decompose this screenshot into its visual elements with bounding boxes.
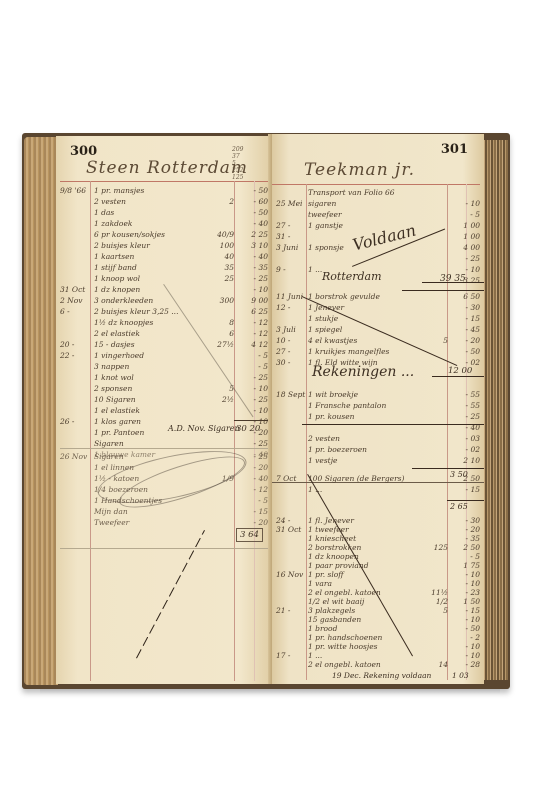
ledger-cell-amt: - 5 [450, 210, 480, 219]
ledger-cell-date: 22 - [60, 351, 92, 360]
total-rule [402, 290, 484, 291]
ledger-cell-amt: - 40 [238, 219, 268, 228]
ledger-cell-date: 31 - [276, 232, 308, 241]
ledger-cell-desc: 1 zakdoek [94, 219, 234, 228]
ledger-cell-qty: 40 [206, 252, 234, 261]
ledger-cell-desc: 1 ... [308, 651, 448, 660]
ledger-cell-qty: 300 [206, 296, 234, 305]
table-row: 1½ dz knoopjes8- 12 [56, 318, 272, 329]
table-row: 1 Fransche pantalon- 55 [272, 401, 484, 412]
ledger-cell-desc: 1 fl. Jenever [308, 516, 448, 525]
ledger-cell-amt: - 02 [450, 445, 480, 454]
ledger-cell-amt: 4 12 [238, 340, 268, 349]
ledger-cell-desc: 1 el elastiek [94, 406, 234, 415]
subtotal-amount: 30 20 [236, 424, 260, 434]
ledger-cell-desc: Mijn dan [94, 507, 234, 516]
ledger-cell-qty: 5 [420, 606, 448, 615]
table-row: Transport van Folio 66 [272, 188, 484, 199]
table-row: 1 das- 50 [56, 208, 272, 219]
table-row: 2 el ongebl. katoen14- 28 [272, 660, 484, 671]
table-row: 2 vesten- 03 [272, 434, 484, 445]
ledger-cell-amt: - 55 [450, 390, 480, 399]
ledger-cell-amt: - 20 [450, 525, 480, 534]
ledger-cell-date: 6 - [60, 307, 92, 316]
ledger-cell-qty: 8 [206, 318, 234, 327]
account-heading: Teekman jr. [304, 160, 415, 180]
ledger-cell-desc: 1 dz knoopen [308, 552, 448, 561]
ledger-cell-amt: - 12 [238, 485, 268, 494]
ledger-cell-amt: 6 25 [238, 307, 268, 316]
ledger-cell-desc: 1 knot wol [94, 373, 234, 382]
subtotal-rule [234, 420, 272, 421]
table-row: 1 knot wol- 25 [56, 373, 272, 384]
ledger-cell-date: 10 - [276, 336, 308, 345]
table-row: 2 buisjes kleur1003 10 [56, 241, 272, 252]
ledger-cell-desc: 1 vestje [308, 456, 448, 465]
ledger-cell-date: 31 Oct [276, 525, 308, 534]
table-row: 10 -4 el kwastjes5- 20 [272, 336, 484, 347]
ledger-cell-amt: - 40 [238, 252, 268, 261]
ledger-cell-date: 3 Juni [276, 243, 308, 252]
total-rule [412, 468, 484, 469]
ledger-cell-desc: Transport van Folio 66 [308, 188, 448, 197]
table-row: 1 kaartsen40- 40 [56, 252, 272, 263]
ledger-cell-amt: - 10 [238, 285, 268, 294]
ledger-cell-amt: - 10 [238, 406, 268, 415]
table-row: 2 vesten2- 60 [56, 197, 272, 208]
ledger-cell-qty: 6 [206, 329, 234, 338]
table-row: 25 Meisigaren- 10 [272, 199, 484, 210]
table-row: 1 vestje2 10 [272, 456, 484, 467]
total-rule [447, 500, 484, 501]
ledger-cell-amt: 1 00 [450, 232, 480, 241]
table-row: 6 -2 buisjes kleur 3,25 ...6 25 [56, 307, 272, 318]
ledger-cell-amt: - 15 [450, 314, 480, 323]
ledger-cell-amt: - 15 [238, 507, 268, 516]
ledger-cell-amt: - 50 [450, 347, 480, 356]
ledger-cell-amt: - 30 [450, 303, 480, 312]
table-row: 7 Oct100 Sigaren (de Bergers)2 50 [272, 474, 484, 485]
ledger-cell-amt: - 5 [450, 552, 480, 561]
ledger-cell-date: 18 Sept [276, 390, 308, 399]
subtotal-label: A.D. Nov. Sigaren [168, 424, 240, 433]
strike-rule [302, 424, 484, 425]
ledger-cell-amt: - 35 [238, 263, 268, 272]
ledger-cell-qty: 5 [206, 384, 234, 393]
ledger-cell-amt: - 50 [238, 186, 268, 195]
table-row: 2 Nov3 onderkleeden3009 00 [56, 296, 272, 307]
ledger-cell-amt: - 5 [238, 496, 268, 505]
ledger-cell-amt: - 50 [450, 624, 480, 633]
ledger-cell-amt: 3 10 [238, 241, 268, 250]
page-block-right-edge [482, 140, 508, 680]
ledger-cell-amt: - 10 [450, 579, 480, 588]
ledger-cell-qty: 40/9 [206, 230, 234, 239]
table-row: tweefeer- 5 [272, 210, 484, 221]
ledger-cell-amt: - 2 [450, 633, 480, 642]
ledger-cell-desc: 1 borstrok gevulde [308, 292, 448, 301]
total-rule [432, 376, 484, 377]
block-total: 39 35 [440, 274, 466, 284]
ledger-cell-amt: - 20 [450, 336, 480, 345]
ledger-cell-desc: sigaren [308, 199, 448, 208]
ledger-cell-date: 25 Mei [276, 199, 308, 208]
ledger-cell-desc: 1 das [94, 208, 234, 217]
ledger-cell-desc: 1 brood [308, 624, 448, 633]
ledger-cell-date: 2 Nov [60, 296, 92, 305]
table-row: 1 stukje- 15 [272, 314, 484, 325]
ledger-cell-amt: 1 75 [450, 561, 480, 570]
ledger-cell-amt: - 28 [450, 660, 480, 669]
ledger-cell-date: 9 - [276, 265, 308, 274]
ledger-cell-amt: - 10 [450, 651, 480, 660]
page-number: 301 [441, 142, 468, 157]
ledger-cell-amt: - 10 [450, 615, 480, 624]
block-total: 12 00 [448, 366, 472, 376]
ledger-cell-date: 27 - [276, 221, 308, 230]
ledger-cell-amt: - 5 [238, 351, 268, 360]
ledger-cell-desc: 1 paar proviand [308, 561, 448, 570]
page-number: 300 [70, 144, 97, 159]
table-row: Mijn dan- 15 [56, 507, 272, 518]
ledger-cell-amt: - 25 [238, 439, 268, 448]
header-rule [272, 184, 480, 185]
account-heading: Steen Rotterdam [86, 158, 248, 178]
ledger-cell-desc: 1 pr. sloff [308, 570, 448, 579]
ledger-cell-amt: - 25 [238, 274, 268, 283]
footer-amount: 1 03 [452, 671, 469, 680]
ledger-cell-date: 20 - [60, 340, 92, 349]
table-row: 27 -1 kruikjes mangelfles- 50 [272, 347, 484, 358]
table-row: 2 sponsen5- 10 [56, 384, 272, 395]
table-row: 9/8 '661 pr. mansjes- 50 [56, 186, 272, 197]
ledger-cell-date: 9/8 '66 [60, 186, 92, 195]
ledger-cell-date: 17 - [276, 651, 308, 660]
ledger-cell-date: 21 - [276, 606, 308, 615]
ledger-cell-amt: - 23 [450, 588, 480, 597]
ledger-cell-desc: 1 pr. boezeroen [308, 445, 448, 454]
ledger-cell-amt: - 03 [450, 434, 480, 443]
ledger-cell-amt: - 40 [238, 474, 268, 483]
ledger-cell-desc: 1 wit broekje [308, 390, 448, 399]
ledger-cell-amt: - 35 [450, 534, 480, 543]
ledger-cell-desc: 1 pr. kousen [308, 412, 448, 421]
ledger-cell-date: 26 - [60, 417, 92, 426]
ledger-cell-desc: 2 buisjes kleur 3,25 ... [94, 307, 234, 316]
rekeningen-annotation: Rekeningen ... [312, 364, 414, 380]
ledger-cell-desc: 1 pr. handschoenen [308, 633, 448, 642]
ledger-cell-date: 12 - [276, 303, 308, 312]
ledger-cell-desc: 1 tweefeer [308, 525, 448, 534]
ledger-cell-amt: - 10 [238, 384, 268, 393]
ledger-cell-amt: - 30 [450, 516, 480, 525]
table-row: 3 nappen- 5 [56, 362, 272, 373]
ledger-cell-amt: 1 00 [450, 221, 480, 230]
ledger-cell-desc: Tweefeer [94, 518, 234, 527]
ledger-cell-qty: 35 [206, 263, 234, 272]
table-row: 1 pr. boezeroen- 02 [272, 445, 484, 456]
ledger-cell-amt: 4 00 [450, 243, 480, 252]
ledger-cell-amt: 2 25 [238, 230, 268, 239]
ledger-cell-amt: - 10 [450, 570, 480, 579]
ledger-cell-desc: 1 vara [308, 579, 448, 588]
ledger-cell-amt: - 25 [238, 373, 268, 382]
ledger-cell-amt: - 45 [450, 325, 480, 334]
ledger-left-page: 300 Steen Rotterdam 209 37 5 252 125 9/8… [56, 136, 272, 684]
ledger-cell-desc: 1 kniescheet [308, 534, 448, 543]
block-total: 3 64 [236, 528, 263, 542]
section-rule [60, 448, 272, 449]
ledger-cell-amt: - 12 [238, 318, 268, 327]
header-rule [60, 181, 272, 182]
ledger-cell-qty: 1/2 [420, 597, 448, 606]
block-total: 2 65 [450, 502, 468, 511]
ledger-cell-amt: - 55 [450, 401, 480, 410]
table-row: 22 -1 vingerhoed- 5 [56, 351, 272, 362]
ledger-cell-desc: 1 pr. mansjes [94, 186, 234, 195]
ledger-cell-desc: 15 gasbanden [308, 615, 448, 624]
ledger-cell-qty: 11½ [420, 588, 448, 597]
ledger-cell-date: 16 Nov [276, 570, 308, 579]
table-row: 18 Sept1 wit broekje- 55 [272, 390, 484, 401]
ledger-cell-desc: 1 ... [308, 485, 448, 494]
ledger-cell-qty: 27½ [206, 340, 234, 349]
ledger-cell-amt: 2 50 [450, 543, 480, 552]
ledger-cell-amt: - 12 [238, 329, 268, 338]
ledger-cell-qty: 25 [206, 274, 234, 283]
page-block-left-edge [24, 137, 58, 685]
ledger-cell-desc: 2 vesten [308, 434, 448, 443]
ledger-cell-desc: 1 pr. witte hoosjes [308, 642, 448, 651]
ledger-cell-desc: 3 nappen [94, 362, 234, 371]
ledger-cell-amt: - 10 [450, 642, 480, 651]
ledger-cell-amt: - 15 [450, 485, 480, 494]
margin-pencil-notes: 209 37 5 252 125 [232, 146, 243, 181]
ledger-cell-amt: - 50 [238, 208, 268, 217]
table-row: 1 ...- 15 [272, 485, 484, 496]
rotterdam-annotation: Rotterdam [322, 270, 382, 283]
table-row: 1 pr. kousen- 25 [272, 412, 484, 423]
ledger-right-page: 301 Teekman jr. Transport van Folio 66 2… [272, 134, 484, 684]
table-row: 2 el elastiek6- 12 [56, 329, 272, 340]
ledger-cell-amt: 2 50 [450, 474, 480, 483]
ledger-cell-desc: 1 Fransche pantalon [308, 401, 448, 410]
ledger-cell-qty: 2 [206, 197, 234, 206]
table-row: 20 -15 - dasjes27½4 12 [56, 340, 272, 351]
ledger-cell-qty: 125 [420, 543, 448, 552]
table-row: 12 -1 Jenever- 30 [272, 303, 484, 314]
ledger-cell-amt: 1 50 [450, 597, 480, 606]
ledger-cell-amt: - 10 [450, 265, 480, 274]
ledger-cell-qty: 100 [206, 241, 234, 250]
ledger-cell-desc: tweefeer [308, 210, 448, 219]
ledger-cell-amt: - 60 [238, 197, 268, 206]
section-rule [60, 548, 272, 549]
ledger-cell-date: 26 Nov [60, 452, 92, 461]
ledger-cell-desc: 1 stukje [308, 314, 448, 323]
ledger-cell-amt: - 20 [238, 518, 268, 527]
cancel-stroke [136, 530, 205, 658]
footer-note: 19 Dec. Rekening voldaan [332, 671, 431, 680]
table-row: 1 zakdoek- 40 [56, 219, 272, 230]
table-row: 1 stijf band35- 35 [56, 263, 272, 274]
ledger-cell-amt: - 25 [450, 254, 480, 263]
ledger-cell-amt: - 25 [450, 412, 480, 421]
ledger-cell-amt: - 5 [238, 362, 268, 371]
ledger-cell-date: 3 Juli [276, 325, 308, 334]
ledger-cell-amt: 2 10 [450, 456, 480, 465]
ledger-cell-amt: - 10 [450, 199, 480, 208]
table-row: 6 pr kousen/sokjes40/92 25 [56, 230, 272, 241]
ledger-cell-desc: 100 Sigaren (de Bergers) [308, 474, 448, 483]
ledger-cell-date: 7 Oct [276, 474, 308, 483]
ledger-cell-date: 24 - [276, 516, 308, 525]
ledger-cell-desc: Sigaren [94, 439, 234, 448]
table-row: 1 el elastiek- 10 [56, 406, 272, 417]
ledger-cell-date: 31 Oct [60, 285, 92, 294]
ledger-cell-amt: 6 50 [450, 292, 480, 301]
ledger-cell-amt: 9 00 [238, 296, 268, 305]
ledger-cell-qty: 14 [420, 660, 448, 669]
ledger-cell-date: 30 - [276, 358, 308, 367]
ledger-cell-date: 27 - [276, 347, 308, 356]
ledger-cell-qty: 5 [420, 336, 448, 345]
ledger-cell-amt: - 15 [450, 606, 480, 615]
ledger-cell-qty: 2½ [206, 395, 234, 404]
